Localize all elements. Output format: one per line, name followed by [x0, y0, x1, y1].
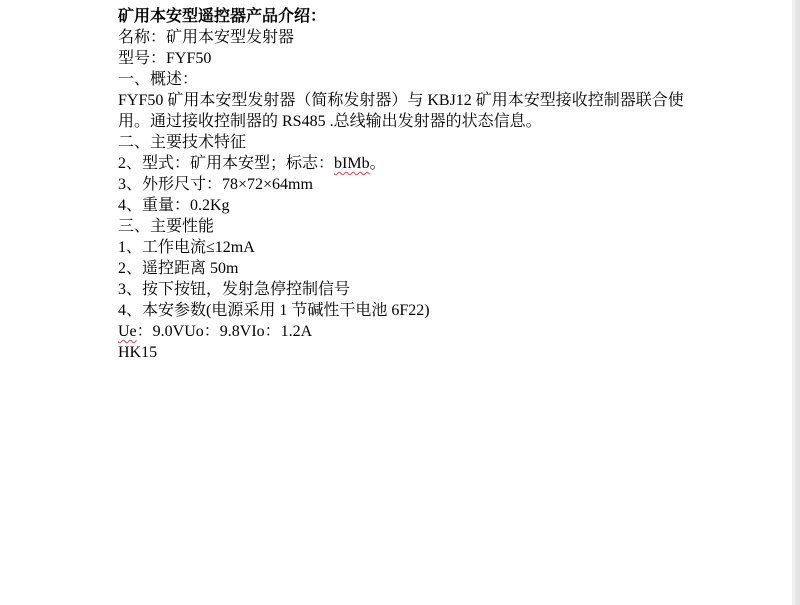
doc-line: 1、工作电流≤12mA: [118, 237, 718, 258]
line-text: ：9.0VUo：9.8VIo：1.2A: [137, 323, 313, 340]
doc-line: 3、按下按钮，发射急停控制信号: [118, 279, 718, 300]
doc-line: 4、重量：0.2Kg: [118, 195, 718, 216]
document-title: 矿用本安型遥控器产品介绍：: [118, 6, 718, 27]
line-text: 。: [370, 155, 386, 172]
doc-line: 用。通过接收控制器的 RS485 .总线输出发射器的状态信息。: [118, 111, 718, 132]
doc-line: 型号：FYF50: [118, 48, 718, 69]
scrollbar-track[interactable]: [792, 0, 800, 605]
doc-line: 2、型式：矿用本安型；标志：bIMb。: [118, 153, 718, 174]
doc-line: 2、遥控距离 50m: [118, 258, 718, 279]
doc-line: 二、主要技术特征: [118, 132, 718, 153]
misspelled-word: Ue: [118, 323, 137, 340]
doc-line: HK15: [118, 342, 718, 363]
doc-line: 一、概述：: [118, 69, 718, 90]
doc-line: Ue：9.0VUo：9.8VIo：1.2A: [118, 321, 718, 342]
misspelled-word: bIMb: [334, 155, 370, 172]
doc-line: 3、外形尺寸：78×72×64mm: [118, 174, 718, 195]
doc-line: FYF50 矿用本安型发射器（简称发射器）与 KBJ12 矿用本安型接收控制器联…: [118, 90, 718, 111]
doc-line: 4、本安参数(电源采用 1 节碱性干电池 6F22): [118, 300, 718, 321]
line-text: 2、型式：矿用本安型；标志：: [118, 155, 334, 172]
doc-line: 名称：矿用本安型发射器: [118, 27, 718, 48]
document-page[interactable]: 矿用本安型遥控器产品介绍： 名称：矿用本安型发射器 型号：FYF50 一、概述：…: [0, 0, 800, 605]
doc-line: 三、主要性能: [118, 216, 718, 237]
document-text-area[interactable]: 矿用本安型遥控器产品介绍： 名称：矿用本安型发射器 型号：FYF50 一、概述：…: [118, 6, 718, 363]
